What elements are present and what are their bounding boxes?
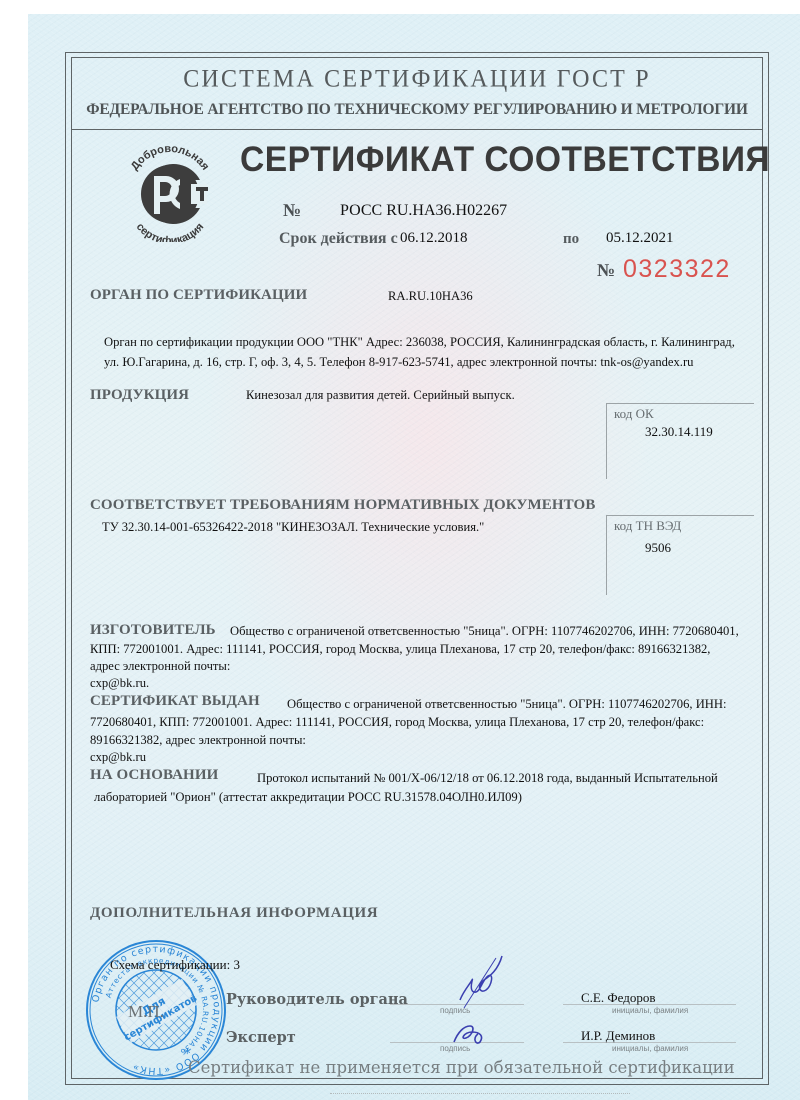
certification-scheme: Схема сертификации: 3 <box>110 955 240 974</box>
valid-to-date: 05.12.2021 <box>606 230 674 247</box>
certification-body-code: RA.RU.10НА36 <box>388 287 473 306</box>
customs-code-box: код ТН ВЭД 9506 <box>606 515 754 595</box>
customs-code-value: 9506 <box>645 540 671 556</box>
head-signature-icon <box>450 950 510 1010</box>
header-divider <box>71 129 763 130</box>
head-name-caption: инициалы, фамилия <box>612 1006 688 1015</box>
certificate-number: РОСС RU.НА36.Н02267 <box>340 202 507 220</box>
number-sign: № <box>283 200 301 221</box>
expert-signature-icon <box>450 1020 490 1046</box>
product-code-label: код ОК <box>614 406 654 422</box>
issued-to-email: cxp@bk.ru <box>90 748 146 767</box>
printer-imprint <box>330 1093 630 1094</box>
svg-text:сертификация: сертификация <box>134 221 207 242</box>
product-code-box: код ОК 32.30.14.119 <box>606 403 754 479</box>
basis-heading: НА ОСНОВАНИИ <box>90 767 218 784</box>
product-code-value: 32.30.14.119 <box>645 424 713 440</box>
basis-line-2: лабораторией "Орион" (аттестат аккредита… <box>94 788 522 807</box>
expert-name-caption: инициалы, фамилия <box>612 1044 688 1053</box>
certification-body-details-line-2: ул. Ю.Гагарина, д. 16, стр. Г, оф. 3, 4,… <box>104 353 693 372</box>
expert-role-label: Эксперт <box>226 1029 296 1046</box>
seal-placeholder: М.П. <box>128 1002 164 1022</box>
logo-bottom-text: сертификация <box>134 221 207 242</box>
manufacturer-email: cxp@bk.ru. <box>90 674 149 693</box>
rst-logo-icon: Добровольная сертификация <box>118 146 222 242</box>
manufacturer-heading: ИЗГОТОВИТЕЛЬ <box>90 622 216 639</box>
head-name: С.Е. Федоров <box>581 988 655 1007</box>
compliance-heading: СООТВЕТСТВУЕТ ТРЕБОВАНИЯМ НОРМАТИВНЫХ ДО… <box>90 497 595 514</box>
validity-label: Срок действия с <box>279 230 398 248</box>
basis-line-1: Протокол испытаний № 001/Х-06/12/18 от 0… <box>257 769 718 788</box>
document-title: СЕРТИФИКАТ СООТВЕТСТВИЯ <box>240 140 770 180</box>
compliance-document: ТУ 32.30.14-001-65326422-2018 "КИНЕЗОЗАЛ… <box>102 518 484 537</box>
valid-from-date: 06.12.2018 <box>400 230 468 247</box>
valid-to-label: по <box>563 231 579 248</box>
footer-note: Сертификат не применяется при обязательн… <box>188 1058 735 1077</box>
issued-to-heading: СЕРТИФИКАТ ВЫДАН <box>90 693 260 710</box>
product-heading: ПРОДУКЦИЯ <box>90 387 189 404</box>
serial-number: 0323322 <box>623 255 731 284</box>
manufacturer-line-1: Общество с ограниченой ответсвенностью "… <box>230 622 739 641</box>
product-description: Кинезозал для развития детей. Серийный в… <box>246 386 515 405</box>
issued-to-line-1: Общество с ограниченой ответсвенностью "… <box>287 695 726 714</box>
certification-body-heading: ОРГАН ПО СЕРТИФИКАЦИИ <box>90 287 307 304</box>
system-title: СИСТЕМА СЕРТИФИКАЦИИ ГОСТ Р <box>71 65 763 93</box>
serial-number-sign: № <box>597 260 615 281</box>
issued-to-line-2: 7720680401, КПП: 772001001. Адрес: 11114… <box>90 713 704 732</box>
certification-body-details-line-1: Орган по сертификации продукции ООО "ТНК… <box>104 333 735 352</box>
expert-name: И.Р. Деминов <box>581 1026 655 1045</box>
agency-name: ФЕДЕРАЛЬНОЕ АГЕНТСТВО ПО ТЕХНИЧЕСКОМУ РЕ… <box>71 101 763 119</box>
additional-info-heading: ДОПОЛНИТЕЛЬНАЯ ИНФОРМАЦИЯ <box>90 905 378 922</box>
customs-code-label: код ТН ВЭД <box>614 518 681 534</box>
head-role-label: Руководитель органа <box>226 991 408 1008</box>
